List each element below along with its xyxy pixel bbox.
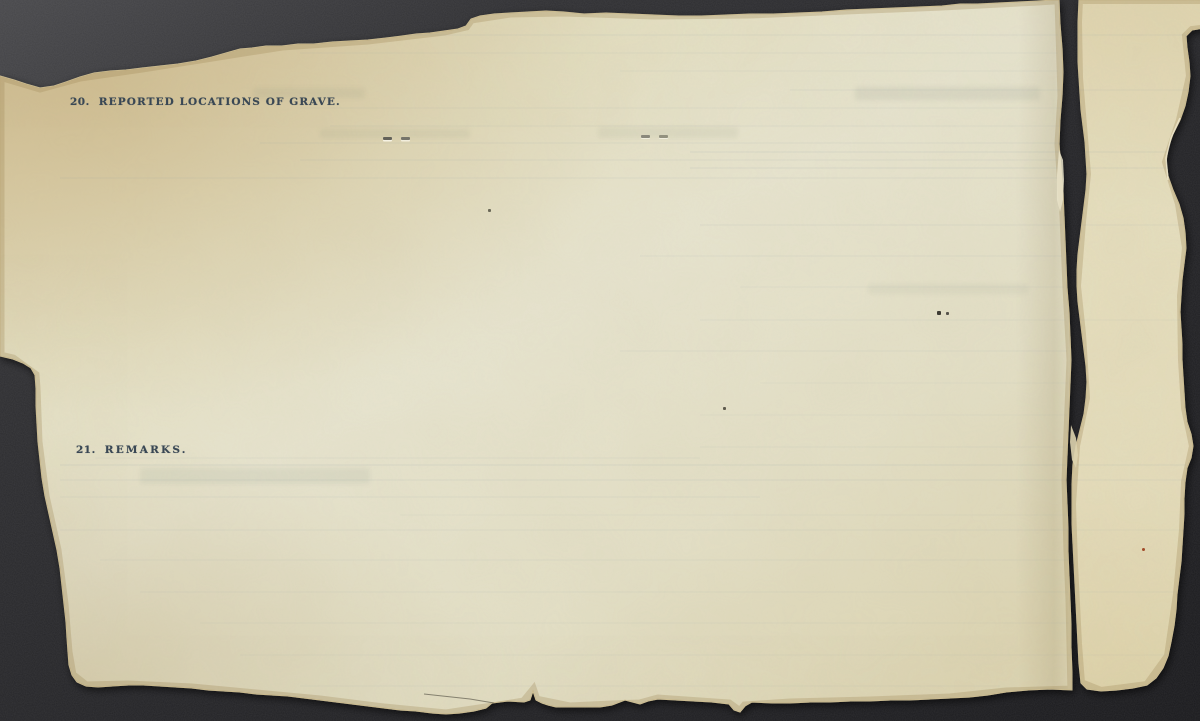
ghost-text-smudge [140, 468, 370, 484]
ink-dot-mark [488, 209, 491, 212]
red-speck-mark [1142, 548, 1145, 551]
typed-dash-mark [659, 135, 668, 138]
field-21-heading: 21.REMARKS. [76, 444, 188, 456]
typed-dash-mark [641, 135, 650, 138]
field-21-label: REMARKS. [105, 444, 188, 456]
scanned-document-page: 20.REPORTED LOCATIONS OF GRAVE. 21.REMAR… [0, 0, 1200, 721]
ink-dot-mark [723, 407, 726, 410]
typed-dash-mark [401, 137, 410, 140]
ghost-text-smudge [868, 284, 1028, 294]
ghost-text-smudge [320, 129, 470, 138]
field-20-number: 20. [70, 96, 90, 108]
ink-dot-mark [946, 312, 949, 315]
ghost-text-smudge [598, 127, 738, 138]
main-sheet-texture-group [0, 0, 1200, 721]
field-21-number: 21. [76, 444, 96, 456]
ink-dot-mark [937, 311, 941, 315]
typed-dash-mark [383, 137, 392, 140]
scan-artwork [0, 0, 1200, 721]
ghost-text-smudge [855, 87, 1040, 100]
ghost-text-smudge [253, 88, 365, 98]
